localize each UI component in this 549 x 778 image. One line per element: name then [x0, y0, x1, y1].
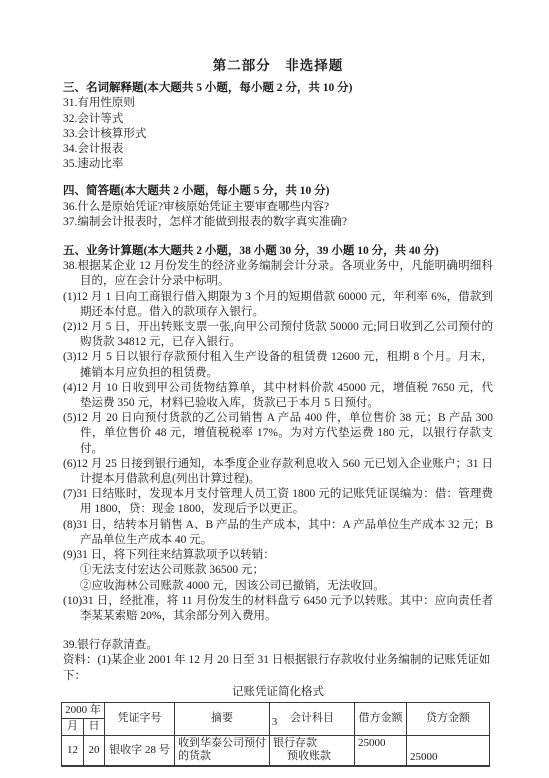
spacer [63, 624, 493, 638]
question-38-item-1: (1)12 月 1 日向工商银行借入期限为 3 个月的短期借款 60000 元，… [63, 290, 493, 320]
account-line-2: 预收账款 [273, 750, 351, 764]
table-row: 12 20 银收字 28 号 收到华泰公司预付的货款 银行存款 预收账款 250… [62, 735, 490, 766]
question-38-item-8: (8)31 日，结转本月销售 A、B 产品的生产成本，其中：A 产品单位生产成本… [63, 518, 493, 548]
document-page: 第二部分 非选择题 三、名词解释题(本大题共 5 小题，每小题 2 分，共 10… [0, 0, 549, 778]
short-answer-item-37: 37.编制会计报表时，怎样才能做到报表的数字真实准确? [63, 215, 493, 230]
section5-heading: 五、业务计算题(本大题共 2 小题，38 小题 30 分，39 小题 10 分，… [63, 244, 493, 259]
question-38-item-7: (7)31 日结账时，发现本月支付管理人员工资 1800 元的记账凭证误编为：借… [63, 487, 493, 517]
question-38-item-9: (9)31 日，将下列往来结算款项予以转销： [63, 548, 493, 563]
term-item-35: 35.速动比率 [63, 157, 493, 172]
term-item-32: 32.会计等式 [63, 112, 493, 127]
term-item-33: 33.会计核算形式 [63, 127, 493, 142]
voucher-table: 2000 年 凭证字号 摘要 会计科目 借方金额 贷方金额 月 日 12 20 … [61, 702, 490, 768]
section4-heading: 四、简答题(本大题共 2 小题，每小题 5 分，共 10 分) [63, 184, 493, 199]
cell-debit-amount: 25000 [355, 735, 407, 766]
question-39-title: 39.银行存款清查。 [63, 638, 493, 653]
question-38-item-9-sub-1: ①无法支付宏达公司账款 36500 元； [63, 563, 493, 578]
term-item-31: 31.有用性原则 [63, 96, 493, 111]
cell-account: 银行存款 预收账款 [270, 735, 355, 766]
section3-heading: 三、名词解释题(本大题共 5 小题，每小题 2 分，共 10 分) [63, 81, 493, 96]
spacer [63, 230, 493, 244]
cell-month: 12 [62, 735, 84, 766]
question-38-item-2: (2)12 月 5 日，开出转账支票一张,向甲公司预付货款 50000 元;同日… [63, 320, 493, 350]
cell-summary: 收到华泰公司预付的货款 [175, 735, 270, 766]
question-38-item-4: (4)12 月 10 日收到甲公司货物结算单，其中材料价款 45000 元，增值… [63, 381, 493, 411]
table-caption: 记账凭证简化格式 [63, 685, 493, 700]
question-38-item-6: (6)12 月 25 日接到银行通知，本季度企业存款利息收入 560 元已划入企… [63, 457, 493, 487]
question-38-intro: 38.根据某企业 12 月份发生的经济业务编制会计分录。各项业务中，凡能明确明细… [63, 259, 493, 289]
question-38-item-10: (10)31 日，经批准，将 11 月份发生的材料盘亏 6450 元予以转账。其… [63, 594, 493, 624]
page-number: 3 [0, 716, 549, 728]
short-answer-item-36: 36.什么是原始凭证?审核原始凭证主要审查哪些内容? [63, 200, 493, 215]
question-38-item-3: (3)12 月 5 日以银行存款预付租入生产设备的租赁费 12600 元，租期 … [63, 350, 493, 380]
cell-credit-amount: 25000 [407, 735, 490, 766]
term-item-34: 34.会计报表 [63, 142, 493, 157]
question-39-note: 资料：(1)某企业 2001 年 12 月 20 日至 31 日根据银行存款收付… [63, 653, 493, 683]
account-line-1: 银行存款 [273, 737, 351, 751]
cell-voucher: 银收字 28 号 [105, 735, 175, 766]
page-title: 第二部分 非选择题 [63, 58, 493, 73]
question-38-item-5: (5)12 月 20 日向预付货款的乙公司销售 A 产品 400 件，单位售价 … [63, 411, 493, 457]
page-content: 第二部分 非选择题 三、名词解释题(本大题共 5 小题，每小题 2 分，共 10… [63, 58, 493, 767]
question-38-item-9-sub-2: ②应收海林公司账款 4000 元，因该公司已撤销，无法收回。 [63, 579, 493, 594]
spacer [63, 172, 493, 184]
cell-day: 20 [84, 735, 105, 766]
